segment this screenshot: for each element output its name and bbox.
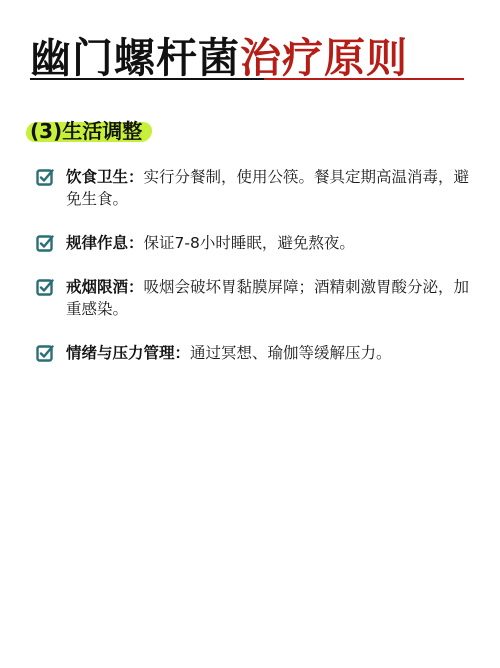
list-item: 规律作息：保证7-8小时睡眠，避免熬夜。 (36, 232, 476, 254)
underline-red (264, 78, 464, 80)
title-red-part: 治疗原则 (240, 34, 408, 82)
section-heading-text: (3)生活调整 (30, 119, 142, 143)
checkbox-checked-icon (36, 168, 54, 186)
item-label: 戒烟限酒： (66, 278, 144, 296)
page-title: 幽门螺杆菌治疗原则 (30, 34, 470, 82)
title-underline (30, 78, 464, 80)
title-black-part: 幽门螺杆菌 (30, 34, 240, 82)
item-label: 饮食卫生： (66, 168, 144, 186)
item-label: 情绪与压力管理： (66, 344, 190, 362)
checkbox-checked-icon (36, 278, 54, 296)
item-text: 通过冥想、瑜伽等缓解压力。 (190, 344, 392, 362)
section-heading: (3)生活调整 (30, 118, 142, 144)
underline-black (30, 78, 264, 80)
list-item: 情绪与压力管理：通过冥想、瑜伽等缓解压力。 (36, 342, 476, 364)
checkbox-checked-icon (36, 344, 54, 362)
item-label: 规律作息： (66, 234, 144, 252)
list-item: 戒烟限酒：吸烟会破坏胃黏膜屏障；酒精刺激胃酸分泌，加重感染。 (36, 276, 476, 320)
item-text: 保证7-8小时睡眠，避免熬夜。 (144, 234, 355, 252)
list-item: 饮食卫生：实行分餐制，使用公筷。餐具定期高温消毒，避免生食。 (36, 166, 476, 210)
checkbox-checked-icon (36, 234, 54, 252)
